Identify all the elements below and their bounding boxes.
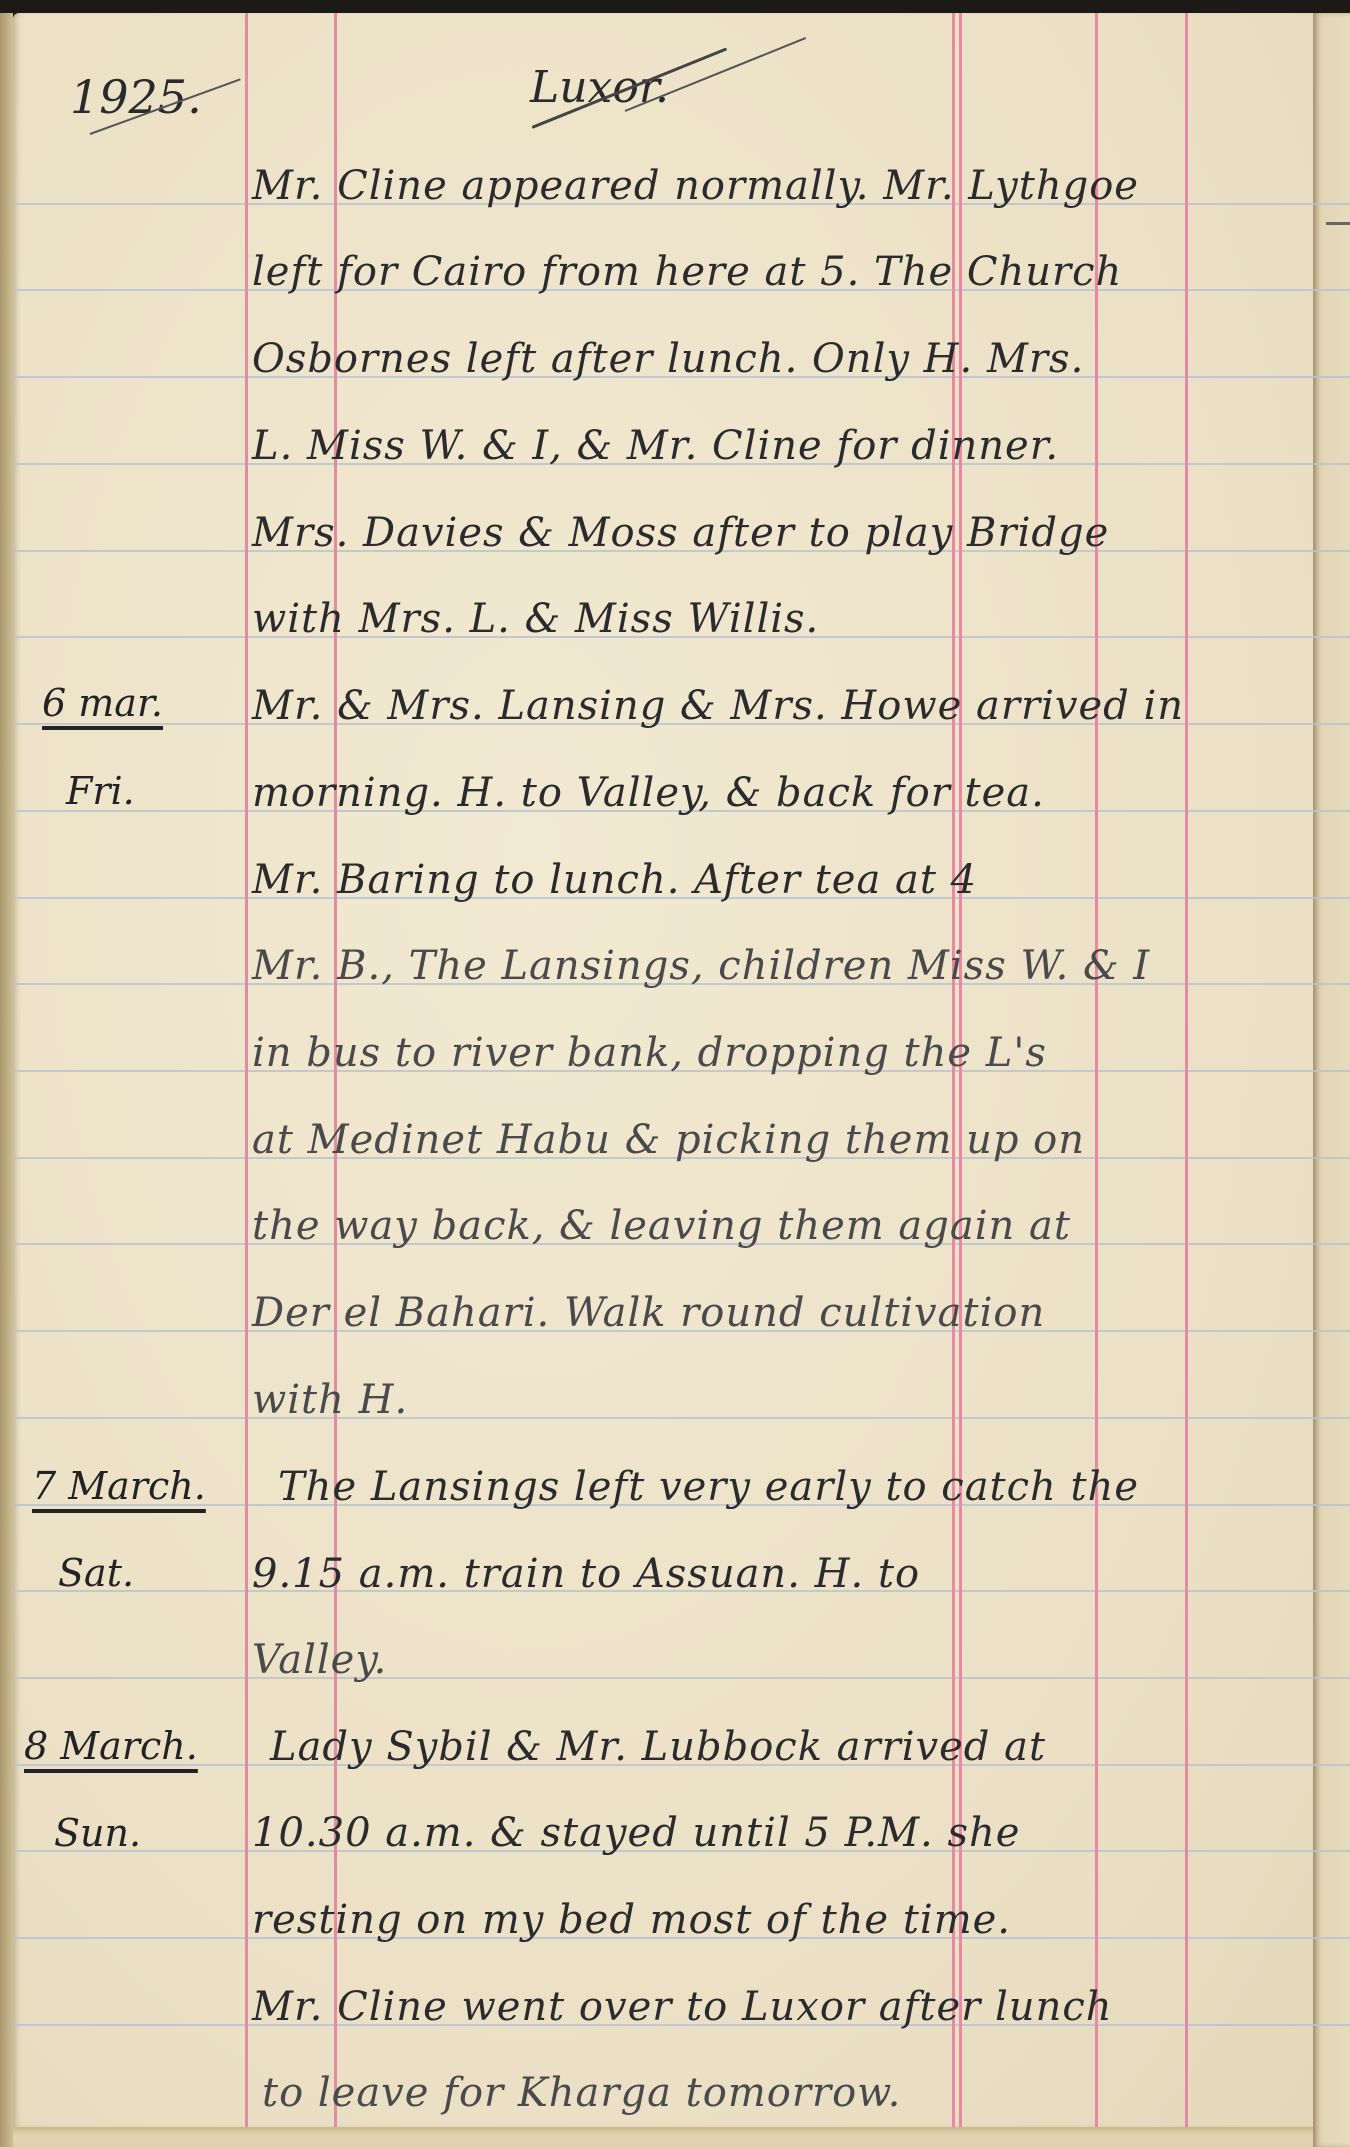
entry-line: Mr. B., The Lansings, children Miss W. &… [252, 946, 1150, 986]
entry-line: Osbornes left after lunch. Only H. Mrs. [252, 339, 1084, 379]
entry-line: Mr. Cline appeared normally. Mr. Lythgoe [252, 166, 1139, 206]
place-heading: Luxor. [530, 62, 669, 113]
entry-line: the way back, & leaving them again at [252, 1206, 1071, 1246]
entry-line: at Medinet Habu & picking them up on [252, 1120, 1085, 1160]
entry-line: Lady Sybil & Mr. Lubbock arrived at [270, 1727, 1046, 1767]
entry-line: Mr. Cline went over to Luxor after lunch [252, 1987, 1113, 2027]
page-stack-bottom-edge [13, 2127, 1313, 2147]
scan-top-border [0, 0, 1350, 13]
entry-line: 9.15 a.m. train to Assuan. H. to [252, 1554, 920, 1594]
entry-line: resting on my bed most of the time. [252, 1900, 1011, 1940]
entry-weekday: Sat. [58, 1554, 134, 1592]
entry-line: morning. H. to Valley, & back for tea. [252, 773, 1045, 813]
entry-line: Mr. Baring to lunch. After tea at 4 [252, 860, 977, 900]
margin-rule [245, 13, 248, 2127]
entry-line: 10.30 a.m. & stayed until 5 P.M. she [252, 1813, 1020, 1853]
entry-line: L. Miss W. & I, & Mr. Cline for dinner. [252, 426, 1059, 466]
entry-line: to leave for Kharga tomorrow. [262, 2073, 901, 2113]
ruled-line [13, 1417, 1350, 1419]
entry-line: Valley. [252, 1640, 387, 1680]
entry-line: The Lansings left very early to catch th… [278, 1467, 1139, 1507]
entry-line: in bus to river bank, dropping the L's [252, 1033, 1047, 1073]
entry-date: 7 March. [32, 1467, 206, 1505]
ruled-line [13, 1677, 1350, 1679]
entry-line: with Mrs. L. & Miss Willis. [252, 599, 819, 639]
column-rule [1185, 13, 1188, 2127]
adjacent-page-edge [1313, 13, 1350, 2147]
entry-date: 6 mar. [42, 684, 163, 722]
entry-line: left for Cairo from here at 5. The Churc… [252, 252, 1122, 292]
entry-line: Der el Bahari. Walk round cultivation [252, 1293, 1045, 1333]
entry-line: Mrs. Davies & Moss after to play Bridge [252, 513, 1109, 553]
adjacent-page-mark [1326, 222, 1350, 225]
entry-weekday: Sun. [54, 1814, 141, 1852]
entry-line: Mr. & Mrs. Lansing & Mrs. Howe arrived i… [252, 686, 1184, 726]
page-stack-left-edge [0, 13, 13, 2147]
entry-date: 8 March. [24, 1727, 198, 1765]
entry-weekday: Fri. [66, 772, 135, 810]
column-rule [1095, 13, 1098, 2127]
entry-line: with H. [252, 1380, 408, 1420]
